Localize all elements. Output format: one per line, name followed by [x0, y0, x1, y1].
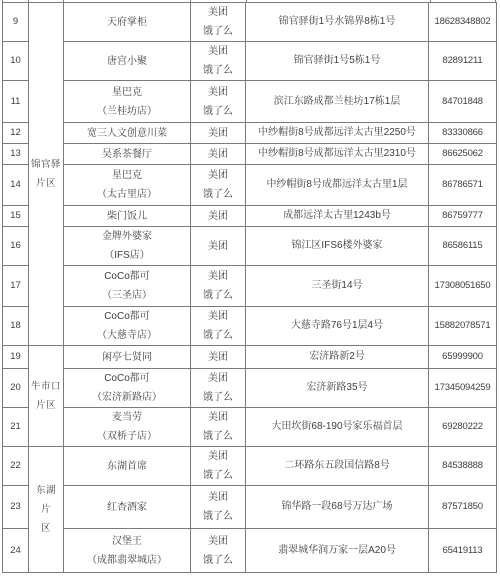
- address-cell: 翡翠城华润万家一层A20号: [246, 529, 429, 573]
- shop-name-cell: 东湖首席: [64, 447, 191, 486]
- district-cell-line: 牛市口: [31, 377, 61, 396]
- platform-cell-line: 美团: [193, 267, 243, 286]
- platform-cell: 美团: [191, 227, 246, 266]
- address-cell: 滨江东路成都兰桂坊17栋1层: [246, 81, 429, 123]
- table-row: 18CoCo都可（大慈寺店）美团饿了么大慈寺路76号1层4号1588207857…: [3, 307, 497, 346]
- row-number-cell: 11: [3, 81, 29, 123]
- address-cell: 大慈寺路76号1层4号: [246, 307, 429, 346]
- phone-cell: 82891211: [429, 42, 497, 81]
- district-cell-line: 片区: [31, 396, 61, 415]
- row-number-cell: 13: [3, 144, 29, 165]
- district-cell-line: 片区: [31, 174, 61, 193]
- platform-cell: 美团饿了么: [191, 369, 246, 408]
- platform-cell-line: 美团: [193, 207, 243, 226]
- platform-cell-line: 美团: [193, 447, 243, 466]
- platform-cell-line: 美团: [193, 42, 243, 61]
- shop-name-cell-line: 天府掌柜: [66, 13, 188, 32]
- platform-cell-line: 饿了么: [193, 507, 243, 526]
- shop-name-cell-line: CoCo都可: [66, 267, 188, 286]
- platform-cell: 美团饿了么: [191, 408, 246, 447]
- platform-cell: 美团: [191, 206, 246, 227]
- table-row: 17CoCo都可（三圣店）美团饿了么三圣街14号17308051650: [3, 266, 497, 307]
- district-cell-line: 锦官驿: [31, 155, 61, 174]
- shop-name-cell: 唐宫小聚: [64, 42, 191, 81]
- shop-name-cell-line: CoCo都可: [66, 307, 188, 326]
- address-cell: 三圣街14号: [246, 266, 429, 307]
- shop-name-cell-line: 闲亭七贤同: [66, 348, 188, 367]
- shop-name-cell-line: 汉堡王: [66, 532, 188, 551]
- platform-cell-line: 美团: [193, 307, 243, 326]
- row-number-cell: 24: [3, 529, 29, 573]
- phone-cell: 69280222: [429, 408, 497, 447]
- shop-name-cell-line: 麦当劳: [66, 408, 188, 427]
- platform-cell-line: 饿了么: [193, 326, 243, 345]
- shop-name-cell-line: （成都翡翠城店）: [66, 551, 188, 570]
- phone-cell: 65419113: [429, 529, 497, 573]
- shop-name-cell-line: 东湖首席: [66, 457, 188, 476]
- shop-name-cell: CoCo都可（三圣店）: [64, 266, 191, 307]
- phone-cell: 17308051650: [429, 266, 497, 307]
- platform-cell-line: 美团: [193, 3, 243, 22]
- phone-cell: 86786571: [429, 165, 497, 206]
- platform-cell-line: 饿了么: [193, 61, 243, 80]
- table-row: 11星巴克（兰桂坊店）美团饿了么滨江东路成都兰桂坊17栋1层84701848: [3, 81, 497, 123]
- table-row: 13吴系茶餐厅美团中纱帽街8号成都远洋太古里2310号86625062: [3, 144, 497, 165]
- row-number-cell: 15: [3, 206, 29, 227]
- shop-name-cell: 星巴克（太古里店）: [64, 165, 191, 206]
- phone-cell: 84538888: [429, 447, 497, 486]
- row-number-cell: 10: [3, 42, 29, 81]
- platform-cell: 美团饿了么: [191, 447, 246, 486]
- phone-cell: 18628348802: [429, 3, 497, 42]
- shop-name-cell: 麦当劳（双桥子店）: [64, 408, 191, 447]
- platform-cell-line: 饿了么: [193, 466, 243, 485]
- platform-cell-line: 美团: [193, 124, 243, 143]
- shop-name-cell-line: （宏济新路店）: [66, 388, 188, 407]
- shop-name-cell: CoCo都可（宏济新路店）: [64, 369, 191, 408]
- district-cell-line: 区: [31, 519, 61, 538]
- shop-name-cell: 星巴克（兰桂坊店）: [64, 81, 191, 123]
- document-page: 9锦官驿片区天府掌柜美团饿了么锦官驿街1号水锦界8栋1号186283488021…: [0, 0, 500, 579]
- row-number-cell: 16: [3, 227, 29, 266]
- platform-cell-line: 美团: [193, 369, 243, 388]
- platform-cell: 美团饿了么: [191, 42, 246, 81]
- row-number-cell: 19: [3, 346, 29, 369]
- shop-name-cell-line: CoCo都可: [66, 369, 188, 388]
- address-cell: 中纱帽街8号成都远洋太古里1层: [246, 165, 429, 206]
- phone-cell: 86759777: [429, 206, 497, 227]
- shop-name-cell-line: 星巴克: [66, 83, 188, 102]
- shop-name-cell-line: 唐宫小聚: [66, 52, 188, 71]
- shop-name-cell: 汉堡王（成都翡翠城店）: [64, 529, 191, 573]
- platform-cell: 美团饿了么: [191, 486, 246, 529]
- address-cell: 宏济新路35号: [246, 369, 429, 408]
- platform-cell-line: 美团: [193, 237, 243, 256]
- shop-name-cell-line: 吴系茶餐厅: [66, 145, 188, 164]
- shop-name-cell-line: （IFS店）: [66, 246, 188, 265]
- platform-cell-line: 美团: [193, 83, 243, 102]
- platform-cell-line: 饿了么: [193, 286, 243, 305]
- address-cell: 锦华路一段68号万达广场: [246, 486, 429, 529]
- shop-name-cell: 柴门饭儿: [64, 206, 191, 227]
- platform-cell: 美团饿了么: [191, 3, 246, 42]
- platform-cell-line: 饿了么: [193, 185, 243, 204]
- platform-cell-line: 饿了么: [193, 427, 243, 446]
- table-row: 12宽三人文创意川菜美团中纱帽街8号成都远洋太古里2250号83330866: [3, 123, 497, 144]
- table-row: 16金牌外婆家（IFS店）美团锦江区IFS6楼外婆家86586115: [3, 227, 497, 266]
- table-row: 14星巴克（太古里店）美团饿了么中纱帽街8号成都远洋太古里1层86786571: [3, 165, 497, 206]
- district-cell: 牛市口片区: [29, 346, 64, 447]
- district-cell-line: 东湖 片: [31, 481, 61, 519]
- address-cell: 二环路东五段国信路8号: [246, 447, 429, 486]
- table-row: 23红杏酒家美团饿了么锦华路一段68号万达广场87571850: [3, 486, 497, 529]
- platform-cell-line: 饿了么: [193, 388, 243, 407]
- phone-cell: 65999900: [429, 346, 497, 369]
- platform-cell-line: 美团: [193, 166, 243, 185]
- platform-cell: 美团: [191, 346, 246, 369]
- row-number-cell: 12: [3, 123, 29, 144]
- address-cell: 宏济路新2号: [246, 346, 429, 369]
- row-number-cell: 18: [3, 307, 29, 346]
- platform-cell: 美团饿了么: [191, 266, 246, 307]
- phone-cell: 84701848: [429, 81, 497, 123]
- shop-name-cell-line: （兰桂坊店）: [66, 102, 188, 121]
- shop-name-cell-line: 金牌外婆家: [66, 227, 188, 246]
- platform-cell-line: 饿了么: [193, 22, 243, 41]
- shop-name-cell: CoCo都可（大慈寺店）: [64, 307, 191, 346]
- platform-cell-line: 美团: [193, 348, 243, 367]
- shop-name-cell: 金牌外婆家（IFS店）: [64, 227, 191, 266]
- phone-cell: 86586115: [429, 227, 497, 266]
- district-cell: 锦官驿片区: [29, 3, 64, 346]
- shop-name-cell-line: 柴门饭儿: [66, 207, 188, 226]
- phone-cell: 17345094259: [429, 369, 497, 408]
- shop-name-cell: 吴系茶餐厅: [64, 144, 191, 165]
- district-cell: 东湖 片区: [29, 447, 64, 573]
- table-row: 9锦官驿片区天府掌柜美团饿了么锦官驿街1号水锦界8栋1号18628348802: [3, 3, 497, 42]
- platform-cell-line: 美团: [193, 532, 243, 551]
- shop-name-cell: 天府掌柜: [64, 3, 191, 42]
- phone-cell: 15882078571: [429, 307, 497, 346]
- shop-name-cell-line: 红杏酒家: [66, 498, 188, 517]
- row-number-cell: 22: [3, 447, 29, 486]
- shop-name-cell-line: （太古里店）: [66, 185, 188, 204]
- platform-cell: 美团饿了么: [191, 81, 246, 123]
- shop-name-cell-line: （三圣店）: [66, 286, 188, 305]
- address-cell: 大田坎街68-190号家乐福首层: [246, 408, 429, 447]
- shop-name-cell-line: （大慈寺店）: [66, 326, 188, 345]
- row-number-cell: 17: [3, 266, 29, 307]
- address-cell: 成都远洋太古里1243b号: [246, 206, 429, 227]
- restaurant-table: 9锦官驿片区天府掌柜美团饿了么锦官驿街1号水锦界8栋1号186283488021…: [2, 2, 497, 573]
- row-number-cell: 23: [3, 486, 29, 529]
- shop-name-cell: 闲亭七贤同: [64, 346, 191, 369]
- row-number-cell: 14: [3, 165, 29, 206]
- phone-cell: 87571850: [429, 486, 497, 529]
- address-cell: 锦官驿街1号5栋1号: [246, 42, 429, 81]
- platform-cell: 美团饿了么: [191, 529, 246, 573]
- platform-cell-line: 美团: [193, 408, 243, 427]
- platform-cell: 美团饿了么: [191, 165, 246, 206]
- row-number-cell: 9: [3, 3, 29, 42]
- shop-name-cell: 红杏酒家: [64, 486, 191, 529]
- shop-name-cell: 宽三人文创意川菜: [64, 123, 191, 144]
- phone-cell: 83330866: [429, 123, 497, 144]
- platform-cell: 美团: [191, 123, 246, 144]
- address-cell: 中纱帽街8号成都远洋太古里2310号: [246, 144, 429, 165]
- platform-cell-line: 饿了么: [193, 551, 243, 570]
- platform-cell-line: 美团: [193, 488, 243, 507]
- phone-cell: 86625062: [429, 144, 497, 165]
- address-cell: 中纱帽街8号成都远洋太古里2250号: [246, 123, 429, 144]
- address-cell: 锦江区IFS6楼外婆家: [246, 227, 429, 266]
- shop-name-cell-line: 宽三人文创意川菜: [66, 124, 188, 143]
- table-row: 19牛市口片区闲亭七贤同美团宏济路新2号65999900: [3, 346, 497, 369]
- table-row: 22东湖 片区东湖首席美团饿了么二环路东五段国信路8号84538888: [3, 447, 497, 486]
- shop-name-cell-line: （双桥子店）: [66, 427, 188, 446]
- platform-cell: 美团: [191, 144, 246, 165]
- platform-cell-line: 美团: [193, 145, 243, 164]
- shop-name-cell-line: 星巴克: [66, 166, 188, 185]
- address-cell: 锦官驿街1号水锦界8栋1号: [246, 3, 429, 42]
- table-row: 24汉堡王（成都翡翠城店）美团饿了么翡翠城华润万家一层A20号65419113: [3, 529, 497, 573]
- table-row: 20CoCo都可（宏济新路店）美团饿了么宏济新路35号17345094259: [3, 369, 497, 408]
- platform-cell: 美团饿了么: [191, 307, 246, 346]
- table-row: 10唐宫小聚美团饿了么锦官驿街1号5栋1号82891211: [3, 42, 497, 81]
- row-number-cell: 20: [3, 369, 29, 408]
- table-row: 21麦当劳（双桥子店）美团饿了么大田坎街68-190号家乐福首层69280222: [3, 408, 497, 447]
- platform-cell-line: 饿了么: [193, 102, 243, 121]
- row-number-cell: 21: [3, 408, 29, 447]
- table-row: 15柴门饭儿美团成都远洋太古里1243b号86759777: [3, 206, 497, 227]
